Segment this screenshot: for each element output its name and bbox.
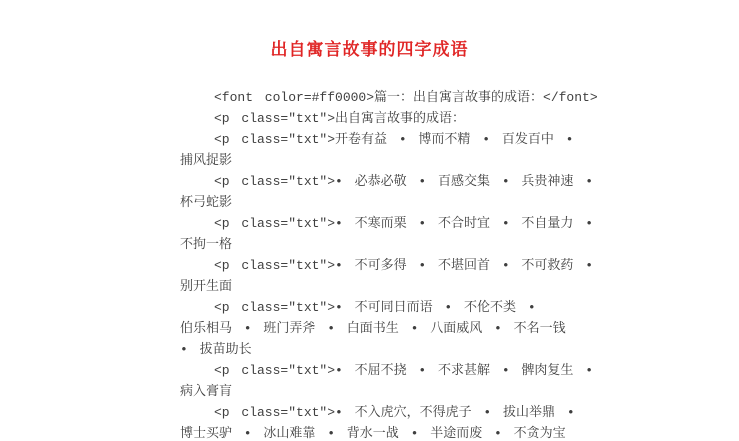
doc-line: <p class="txt">• 不屈不挠 • 不求甚解 • 髀肉复生 • [180,360,564,381]
doc-line: • 拔苗助长 [180,339,564,360]
page-title: 出自寓言故事的四字成语 [0,0,739,62]
doc-line: <p class="txt">• 不入虎穴，不得虎子 • 拔山举鼎 • [180,402,564,423]
doc-line: 不拘一格 [180,234,564,255]
doc-line: 杯弓蛇影 [180,192,564,213]
doc-line: <p class="txt">• 不可同日而语 • 不伦不类 • [180,297,564,318]
doc-line: 别开生面 [180,276,564,297]
doc-line: <font color=#ff0000>篇一：出自寓言故事的成语：</font> [180,87,564,108]
document-page: 出自寓言故事的四字成语 <font color=#ff0000>篇一：出自寓言故… [0,0,739,441]
doc-line: <p class="txt">• 必恭必敬 • 百感交集 • 兵贵神速 • [180,171,564,192]
doc-line: <p class="txt">开卷有益 • 博而不精 • 百发百中 • [180,129,564,150]
doc-line: 伯乐相马 • 班门弄斧 • 白面书生 • 八面威风 • 不名一钱 [180,318,564,339]
doc-line: <p class="txt">• 不寒而栗 • 不合时宜 • 不自量力 • [180,213,564,234]
doc-line: <p class="txt">出自寓言故事的成语： [180,108,564,129]
doc-line: 博士买驴 • 冰山难靠 • 背水一战 • 半途而废 • 不贪为宝 [180,423,564,441]
doc-line: <p class="txt">• 不可多得 • 不堪回首 • 不可救药 • [180,255,564,276]
document-body: <font color=#ff0000>篇一：出自寓言故事的成语：</font>… [180,87,564,441]
doc-line: 病入膏肓 [180,381,564,402]
doc-line: 捕风捉影 [180,150,564,171]
